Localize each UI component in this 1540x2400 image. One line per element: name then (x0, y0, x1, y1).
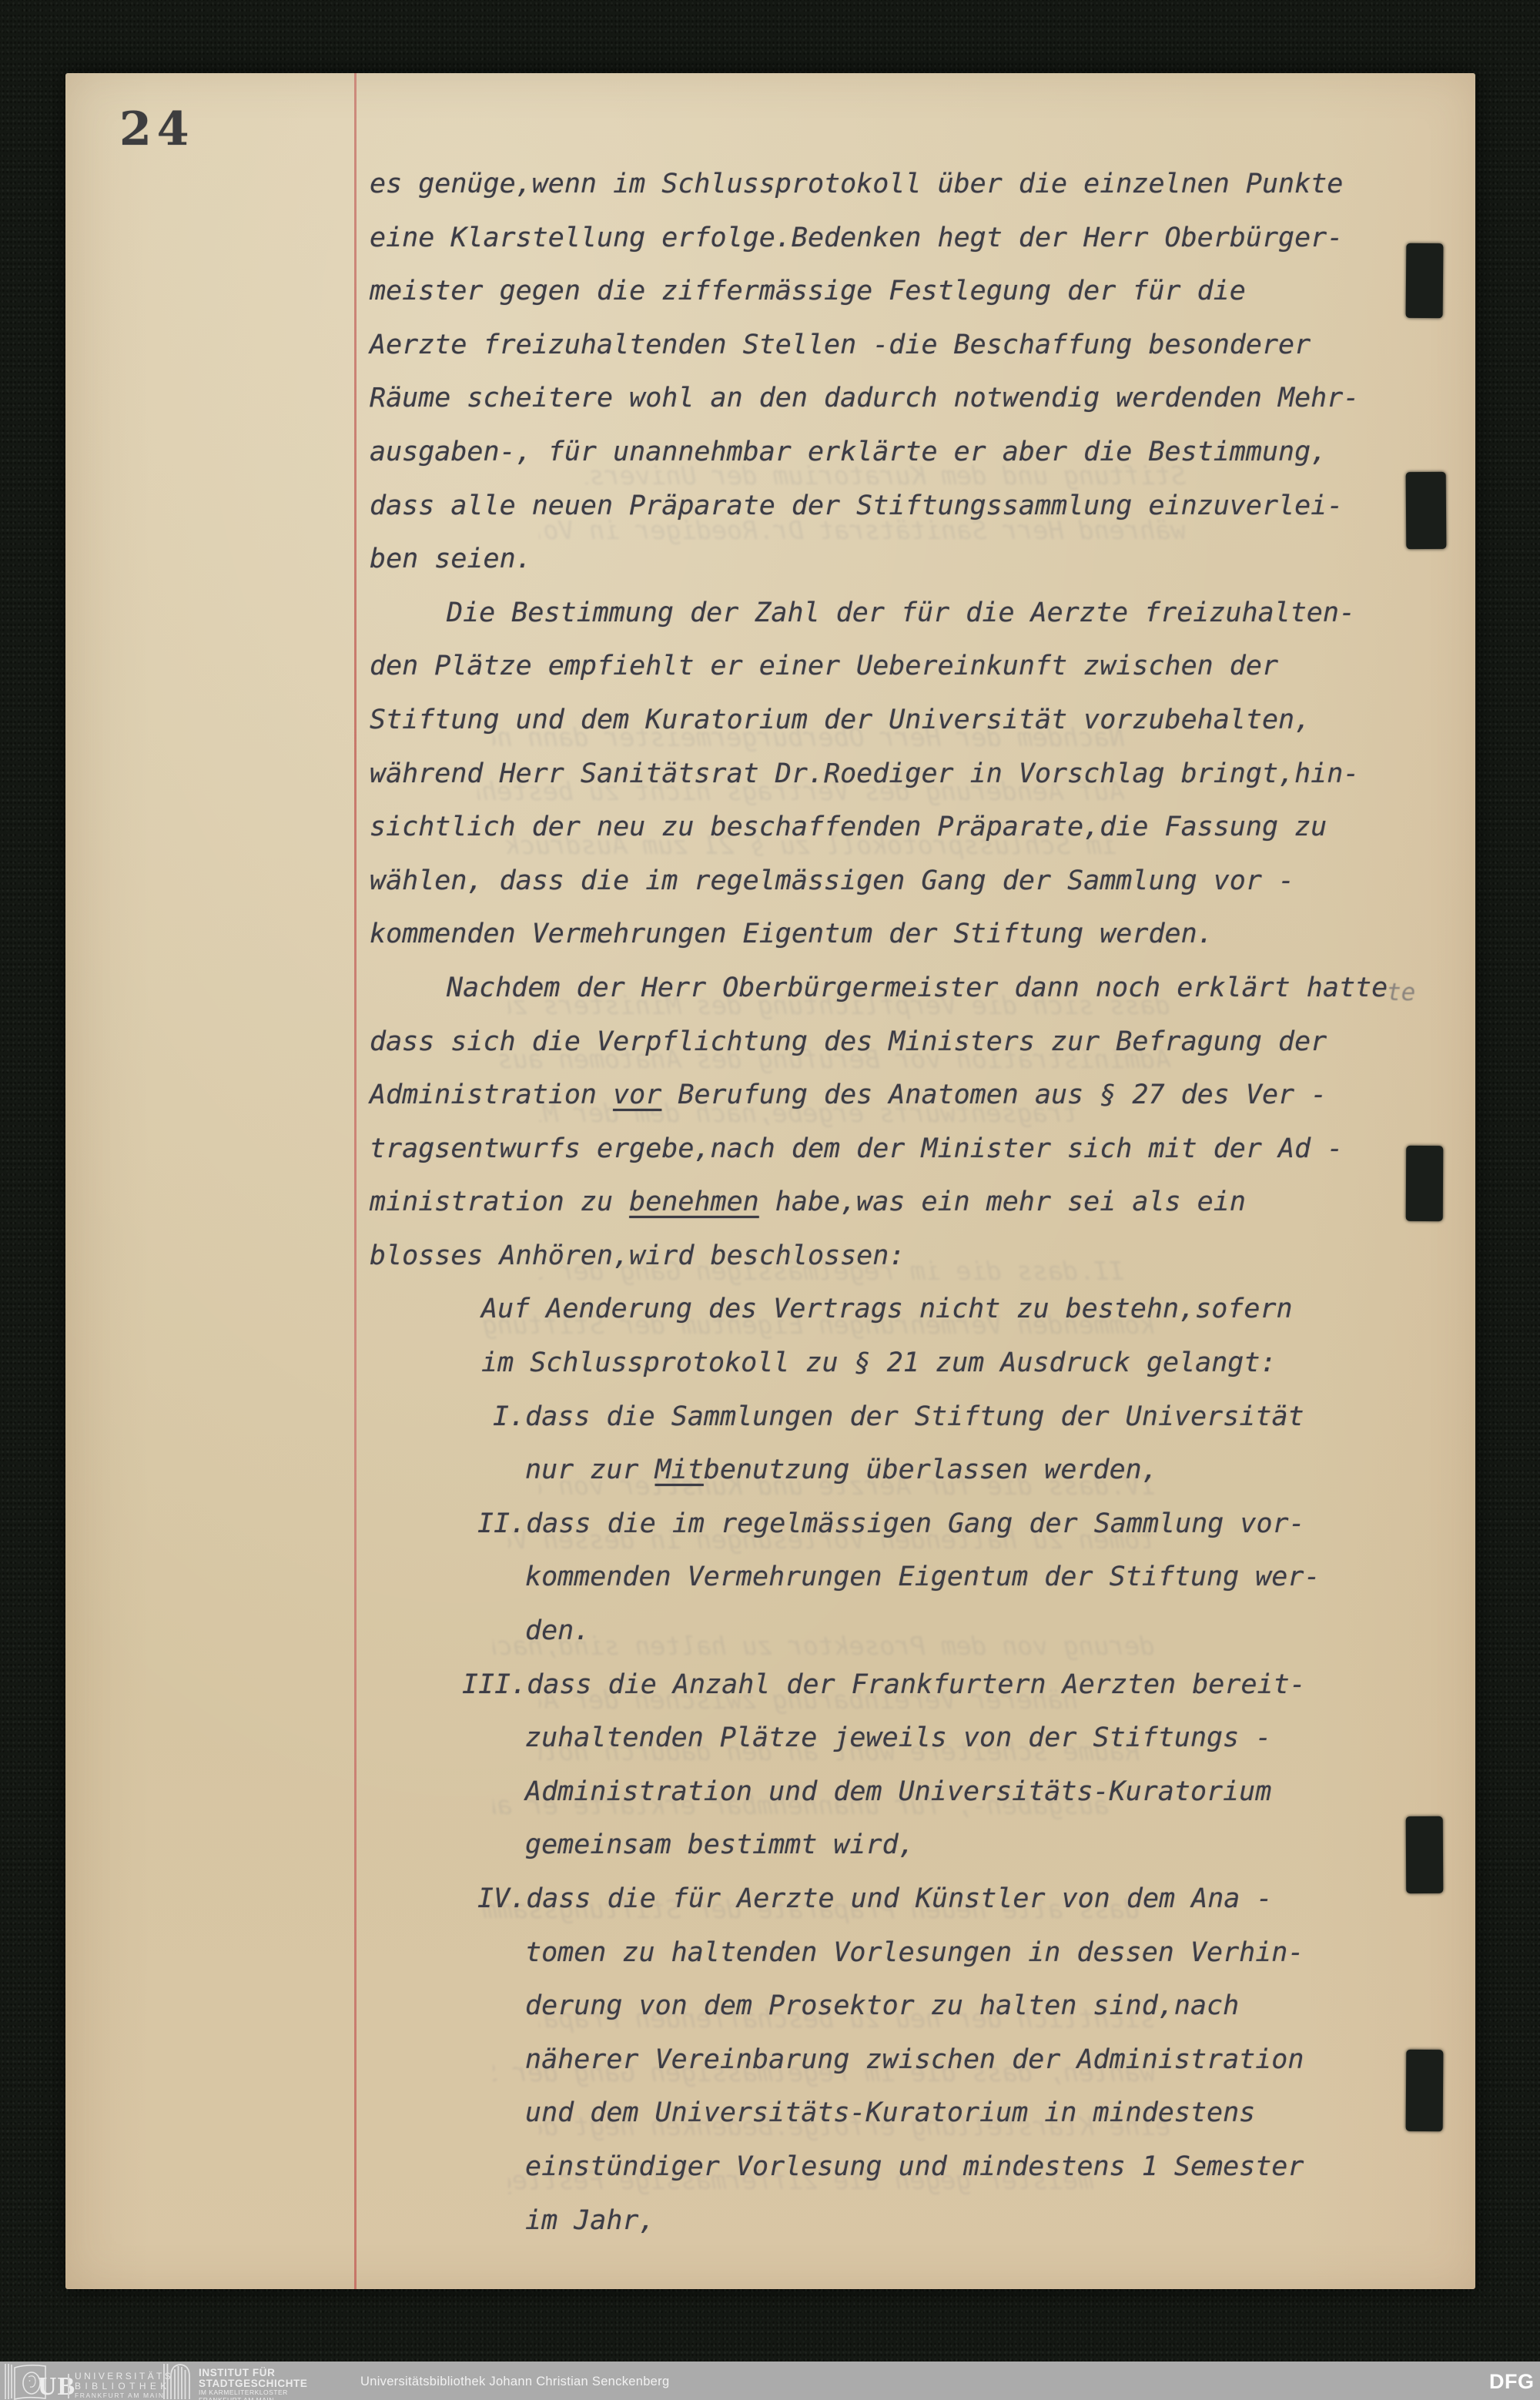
typed-line: näherer Vereinbarung zwischen der Admini… (370, 2033, 1471, 2087)
typed-text-block: es genüge,wenn im Schlussprotokoll über … (370, 158, 1471, 2248)
typed-line: Administration vor Berufung des Anatomen… (370, 1069, 1471, 1123)
typed-line: I.dass die Sammlungen der Stiftung der U… (370, 1391, 1471, 1444)
text-segment: Administration (370, 1079, 613, 1110)
typed-line: Die Bestimmung der Zahl der für die Aerz… (370, 587, 1471, 641)
typed-line: im Jahr, (370, 2194, 1471, 2248)
typed-line: IV.dass die für Aerzte und Künstler von … (370, 1873, 1471, 1926)
typed-line: gemeinsam bestimmt wird, (370, 1819, 1471, 1873)
handwriting-mark: te (1387, 979, 1415, 1006)
institut-wordmark: INSTITUT FÜR STADTGESCHICHTE IM KARMELIT… (199, 2368, 308, 2400)
typed-line: den. (370, 1605, 1471, 1659)
text-segment: nur zur (525, 1454, 655, 1485)
page-number: 24 (119, 102, 195, 156)
typed-line: und dem Universitäts-Kuratorium in minde… (370, 2087, 1471, 2141)
typed-line: während Herr Sanitätsrat Dr.Roediger in … (370, 748, 1471, 802)
typed-line: den Plätze empfiehlt er einer Uebereinku… (370, 640, 1471, 694)
typed-line: tomen zu haltenden Vorlesungen in dessen… (370, 1926, 1471, 1980)
typed-line: kommenden Vermehrungen Eigentum der Stif… (370, 908, 1471, 962)
typed-line: Auf Aenderung des Vertrags nicht zu best… (370, 1283, 1471, 1337)
dfg-logo: DFG (1489, 2362, 1535, 2400)
underlined-word: Mit (655, 1454, 704, 1485)
ub-wordmark-line: FRANKFURT AM MAIN (75, 2392, 173, 2399)
text-segment: benutzung überlassen werden, (704, 1454, 1158, 1485)
text-segment: habe,was ein mehr sei als ein (759, 1187, 1246, 1217)
typed-line: ausgaben-, für unannehmbar erklärte er a… (370, 426, 1471, 480)
typed-line: nur zur Mitbenutzung überlassen werden, (370, 1444, 1471, 1498)
typed-line: dass sich die Verpflichtung des Minister… (370, 1016, 1471, 1069)
typed-line: Räume scheitere wohl an den dadurch notw… (370, 372, 1471, 426)
typed-line: tragsentwurfs ergebe,nach dem der Minist… (370, 1123, 1471, 1177)
typed-line: zuhaltenden Plätze jeweils von der Stift… (370, 1712, 1471, 1766)
ub-library-wordmark: UNIVERSITÄTS BIBLIOTHEK FRANKFURT AM MAI… (75, 2372, 173, 2399)
typed-line: dass alle neuen Präparate der Stiftungss… (370, 480, 1471, 534)
typed-line: wählen, dass die im regelmässigen Gang d… (370, 855, 1471, 909)
binding-mark (1406, 1146, 1444, 1221)
typed-line: blosses Anhören,wird beschlossen: (370, 1230, 1471, 1284)
typed-line: Stiftung und dem Kuratorium der Universi… (370, 694, 1471, 748)
ub-logo-abbrev: UB (38, 2374, 75, 2400)
typed-line: III.dass die Anzahl der Frankfurtern Aer… (370, 1659, 1471, 1712)
binding-mark (1406, 2050, 1444, 2131)
binding-mark (1406, 243, 1444, 318)
ub-wordmark-line: BIBLIOTHEK (75, 2382, 173, 2392)
typed-line: sichtlich der neu zu beschaffenden Präpa… (370, 801, 1471, 855)
margin-line (354, 73, 357, 2289)
binding-mark (1406, 1816, 1444, 1893)
typed-line: einstündiger Vorlesung und mindestens 1 … (370, 2141, 1471, 2194)
institut-wordmark-line: STADTGESCHICHTE (199, 2378, 308, 2389)
typed-line: derung von dem Prosektor zu halten sind,… (370, 1980, 1471, 2033)
library-name-title: Universitätsbibliothek Johann Christian … (360, 2362, 669, 2400)
ub-logo-separator (68, 2374, 69, 2398)
typed-line: eine Klarstellung erfolge.Bedenken hegt … (370, 212, 1471, 266)
typed-line: im Schlussprotokoll zu § 21 zum Ausdruck… (370, 1337, 1471, 1391)
footer-bar: UB UNIVERSITÄTS BIBLIOTHEK FRANKFURT AM … (0, 2362, 1540, 2400)
typed-line: es genüge,wenn im Schlussprotokoll über … (370, 158, 1471, 212)
stadtgeschichte-logo-icon (162, 2362, 192, 2400)
typed-line: meister gegen die ziffermässige Festlegu… (370, 265, 1471, 319)
underlined-word: vor (613, 1079, 661, 1110)
document-page: Stiftung und dem Kuratorium der Universi… (65, 73, 1475, 2289)
scanned-page-view: Stiftung und dem Kuratorium der Universi… (0, 0, 1540, 2400)
binding-mark (1406, 472, 1447, 549)
typed-line: kommenden Vermehrungen Eigentum der Stif… (370, 1551, 1471, 1605)
text-segment: ministration zu (370, 1187, 629, 1217)
typed-line: Nachdem der Herr Oberbürgermeister dann … (370, 962, 1471, 1016)
institut-wordmark-line: INSTITUT FÜR (199, 2368, 308, 2378)
typed-line: ben seien. (370, 533, 1471, 587)
typed-line: Aerzte freizuhaltenden Stellen -die Besc… (370, 319, 1471, 373)
typed-line: II.dass die im regelmässigen Gang der Sa… (370, 1498, 1471, 1551)
text-segment: Berufung des Anatomen aus § 27 des Ver - (661, 1079, 1327, 1110)
typed-line: Administration und dem Universitäts-Kura… (370, 1766, 1471, 1819)
typed-line: ministration zu benehmen habe,was ein me… (370, 1176, 1471, 1230)
institut-wordmark-line: FRANKFURT AM MAIN (199, 2397, 308, 2400)
underlined-word: benehmen (629, 1187, 759, 1217)
